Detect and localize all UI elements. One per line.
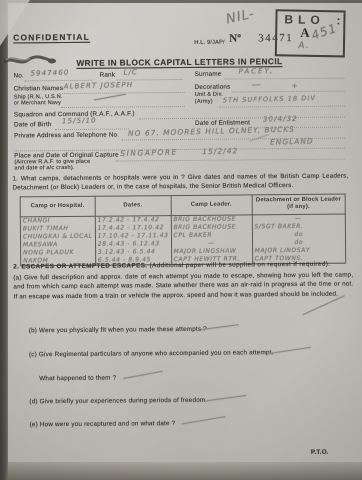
col-header-dates: Dates. [95,196,171,216]
question-2d-text: (d) Give briefly your experiences during… [29,397,207,406]
unit-div-label-line2: (Army) [195,99,213,105]
question-2c-text: (c) Give Regimental particulars of anyon… [29,349,274,358]
dates-cell: 28.4.43 - 6.12.43 [95,240,171,249]
pencil-stamp-letter: A. [298,41,310,51]
form-title: WRITE IN BLOCK CAPITAL LETTERS IN PENCIL [71,56,287,68]
field-line [55,127,129,130]
question-2c2-text: What happened to them ? [39,375,116,383]
surname-label: Surname [195,71,222,78]
address-label: Private Address and Telephone No. [14,132,119,140]
capture-place-value: SINGAPORE [120,148,178,159]
ship-label-line2: or Merchant Navy [14,100,61,106]
question-1-text: 1. What camps, detachments or hospitals … [12,172,348,194]
date-of-birth-label: Date of Birth [14,121,52,128]
question-2e-text: (e) How were you recaptured and on what … [30,420,176,428]
confidential-label: CONFIDENTIAL [13,32,90,43]
paper-fastener [2,50,62,72]
enlistment-value: 30/4/32 [263,115,298,124]
decorations-value: — [252,80,262,90]
unit-div-label-line1: Unit & Div. [195,92,223,98]
address-value-line1: NO 67. MOORES HILL OLNEY, BUCKS [128,125,295,138]
pencil-nil-note: NIL- [225,7,256,28]
surname-value: PACEY, [238,67,274,76]
col-header-camp: Camp or Hospital. [20,196,95,216]
field-line [25,79,93,82]
unit-div-value: 5TH SUFFOLKS 18 DIV [223,94,316,104]
pto-label: P.T.O. [311,449,329,456]
camps-table: Camp or Hospital. Dates. Camp Leader. De… [20,194,347,267]
field-line [219,105,345,108]
field-line [232,90,345,93]
question-2-heading: 2. ESCAPES OR ATTEMPTED ESCAPES. (Additi… [13,261,330,271]
capture-date-value: 15/2/42 [202,146,238,156]
rank-label: Rank [100,72,116,79]
camp-cell: CHUNGKAI & LOCAL [20,232,95,241]
scanned-pow-questionnaire: CONFIDENTIAL H.L. 9/JAP/ Nº 34471 A NIL-… [0,0,362,480]
capture-label-line3: and date of a/c crash). [14,165,74,172]
address-value-line2: ENGLAND [270,136,314,146]
pencil-dash [94,94,126,101]
dates-cell: 17.2.42 - 17.4.42 [95,215,171,224]
question-2-title: 2. ESCAPES OR ATTEMPTED ESCAPES. [13,262,147,270]
col-header-detachment: Detachment or Block Leader (if any). [252,194,346,215]
christian-names-label: Christian Names [14,85,64,92]
christian-names-value: ALBERT JOSEPH [64,81,134,91]
field-line [225,77,345,80]
rank-value: L/C [123,68,138,76]
pencil-dash [123,371,163,379]
decorations-label: Decorations [195,84,231,91]
pencil-dash [182,416,226,424]
number-symbol: Nº [229,32,241,44]
stamp-colon: : [336,13,340,27]
no-label: No. [14,72,24,79]
question-2a-text: (a) Give full description and approx. da… [13,270,353,301]
document-content: CONFIDENTIAL H.L. 9/JAP/ Nº 34471 A NIL-… [0,0,362,480]
field-line [14,147,345,152]
pencil-dash [206,395,246,401]
col-header-leader: Camp Leader. [171,195,252,215]
question-2b-text: (b) Were you physically fit when you mad… [29,326,207,335]
field-line [115,158,345,162]
question-2-note: (Additional paper will be supplied on re… [150,261,331,270]
form-reference: H.L. 9/JAP/ [194,40,225,46]
decorations-mark: + [292,82,299,90]
date-of-birth-value: 15/5/10 [62,116,97,125]
field-line [61,105,185,108]
